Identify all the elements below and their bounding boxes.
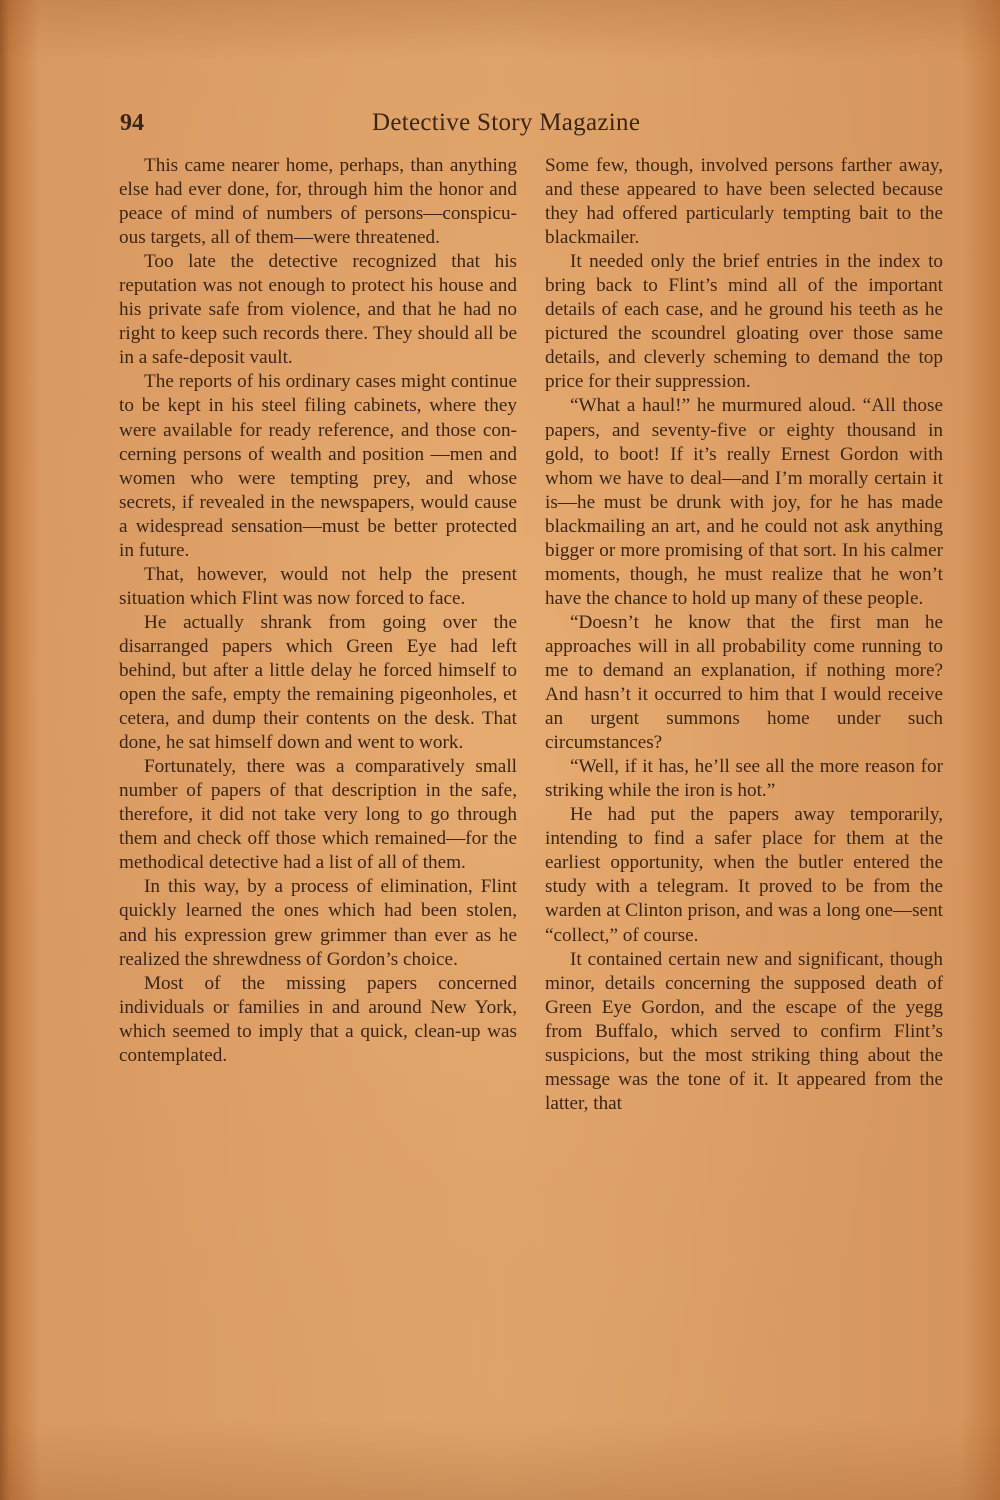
left-column: This came nearer home, perhaps, than any… <box>119 154 517 1068</box>
paragraph: Too late the detective recognized that h… <box>119 250 517 370</box>
paragraph: This came nearer home, perhaps, than any… <box>119 154 517 250</box>
paragraph: Most of the missing papers concerned ind… <box>119 972 517 1068</box>
paragraph: “Well, if it has, he’ll see all the more… <box>545 755 943 803</box>
scanned-page: 94 Detective Story Magazine This came ne… <box>0 0 1000 1500</box>
paragraph: He had put the papers away tem­porarily,… <box>545 803 943 947</box>
paragraph: He actually shrank from going over the d… <box>119 611 517 755</box>
paragraph: That, however, would not help the presen… <box>119 563 517 611</box>
page-number: 94 <box>120 106 144 140</box>
paragraph: “What a haul!” he murmured aloud. “All t… <box>545 394 943 610</box>
right-column: Some few, though, involved persons farth… <box>545 154 943 1116</box>
running-title: Detective Story Magazine <box>372 106 640 140</box>
paragraph: “Doesn’t he know that the first man he a… <box>545 611 943 755</box>
page-header: 94 Detective Story Magazine <box>120 106 950 140</box>
paragraph: Fortunately, there was a compara­tively … <box>119 755 517 875</box>
paragraph: The reports of his ordinary cases might … <box>119 370 517 562</box>
paragraph: It needed only the brief entries in the … <box>545 250 943 394</box>
paragraph: In this way, by a process of elimina­tio… <box>119 875 517 971</box>
paragraph: It contained certain new and sig­nifican… <box>545 948 943 1116</box>
paragraph-continued: Some few, though, involved persons farth… <box>545 154 943 250</box>
